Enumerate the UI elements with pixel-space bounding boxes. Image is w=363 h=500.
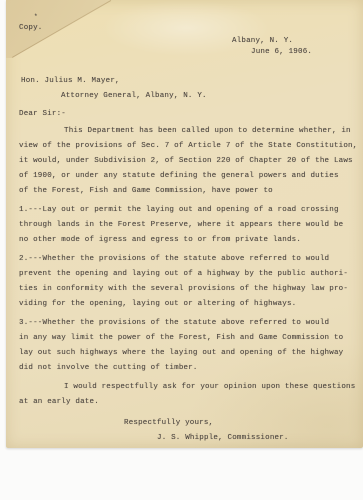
letter-line: did not involve the cutting of timber.	[19, 361, 355, 376]
copy-label: Copy.	[19, 23, 43, 33]
recipient-name: Hon. Julius M. Mayer,	[21, 76, 120, 86]
salutation: Dear Sir:-	[19, 109, 66, 119]
paragraph: 1.---Lay out or permit the laying out an…	[19, 203, 355, 248]
closing-line: Respectfully yours,	[124, 418, 213, 428]
letter-line: ties in conformity with the several prov…	[19, 282, 355, 297]
letter-line: 1.---Lay out or permit the laying out an…	[19, 203, 355, 218]
letter-line: through lands in the Forest Preserve, wh…	[19, 218, 355, 233]
letter-line: lay out such highways where the laying o…	[19, 346, 355, 361]
paragraph: I would respectfully ask for your opinio…	[19, 380, 355, 410]
letter-line: viding for the opening, laying out or al…	[19, 297, 355, 312]
letter-line: of 1900, or under any statute defining t…	[19, 169, 355, 184]
paragraph: 2.---Whether the provisions of the statu…	[19, 252, 355, 312]
letter-line: in any way limit the power of the Forest…	[19, 331, 355, 346]
scanned-letter-page: * Copy. Albany, N. Y. June 6, 1906. Hon.…	[0, 0, 363, 500]
place-line: Albany, N. Y.	[232, 36, 293, 46]
letter-line: 3.---Whether the provisions of the statu…	[19, 316, 355, 331]
paper-sheet: * Copy. Albany, N. Y. June 6, 1906. Hon.…	[6, 0, 363, 448]
date-line: June 6, 1906.	[251, 47, 312, 57]
signature-line: J. S. Whipple, Commissioner.	[157, 433, 289, 443]
annotation-mark: *	[34, 12, 38, 22]
letter-body: This Department has been called upon to …	[19, 124, 355, 410]
recipient-title: Attorney General, Albany, N. Y.	[61, 91, 207, 101]
letter-line: This Department has been called upon to …	[19, 124, 355, 139]
paragraph: This Department has been called upon to …	[19, 124, 355, 199]
letter-line: at an early date.	[19, 395, 355, 410]
letter-line: prevent the opening and laying out of a …	[19, 267, 355, 282]
letter-line: 2.---Whether the provisions of the statu…	[19, 252, 355, 267]
letter-line: no other mode of igress and egress to or…	[19, 233, 355, 248]
paragraph: 3.---Whether the provisions of the statu…	[19, 316, 355, 376]
letter-line: view of the provisions of Sec. 7 of Arti…	[19, 139, 355, 154]
letter-line: I would respectfully ask for your opinio…	[19, 380, 355, 395]
letter-line: it would, under Subdivision 2, of Sectio…	[19, 154, 355, 169]
letter-line: of the Forest, Fish and Game Commission,…	[19, 184, 355, 199]
